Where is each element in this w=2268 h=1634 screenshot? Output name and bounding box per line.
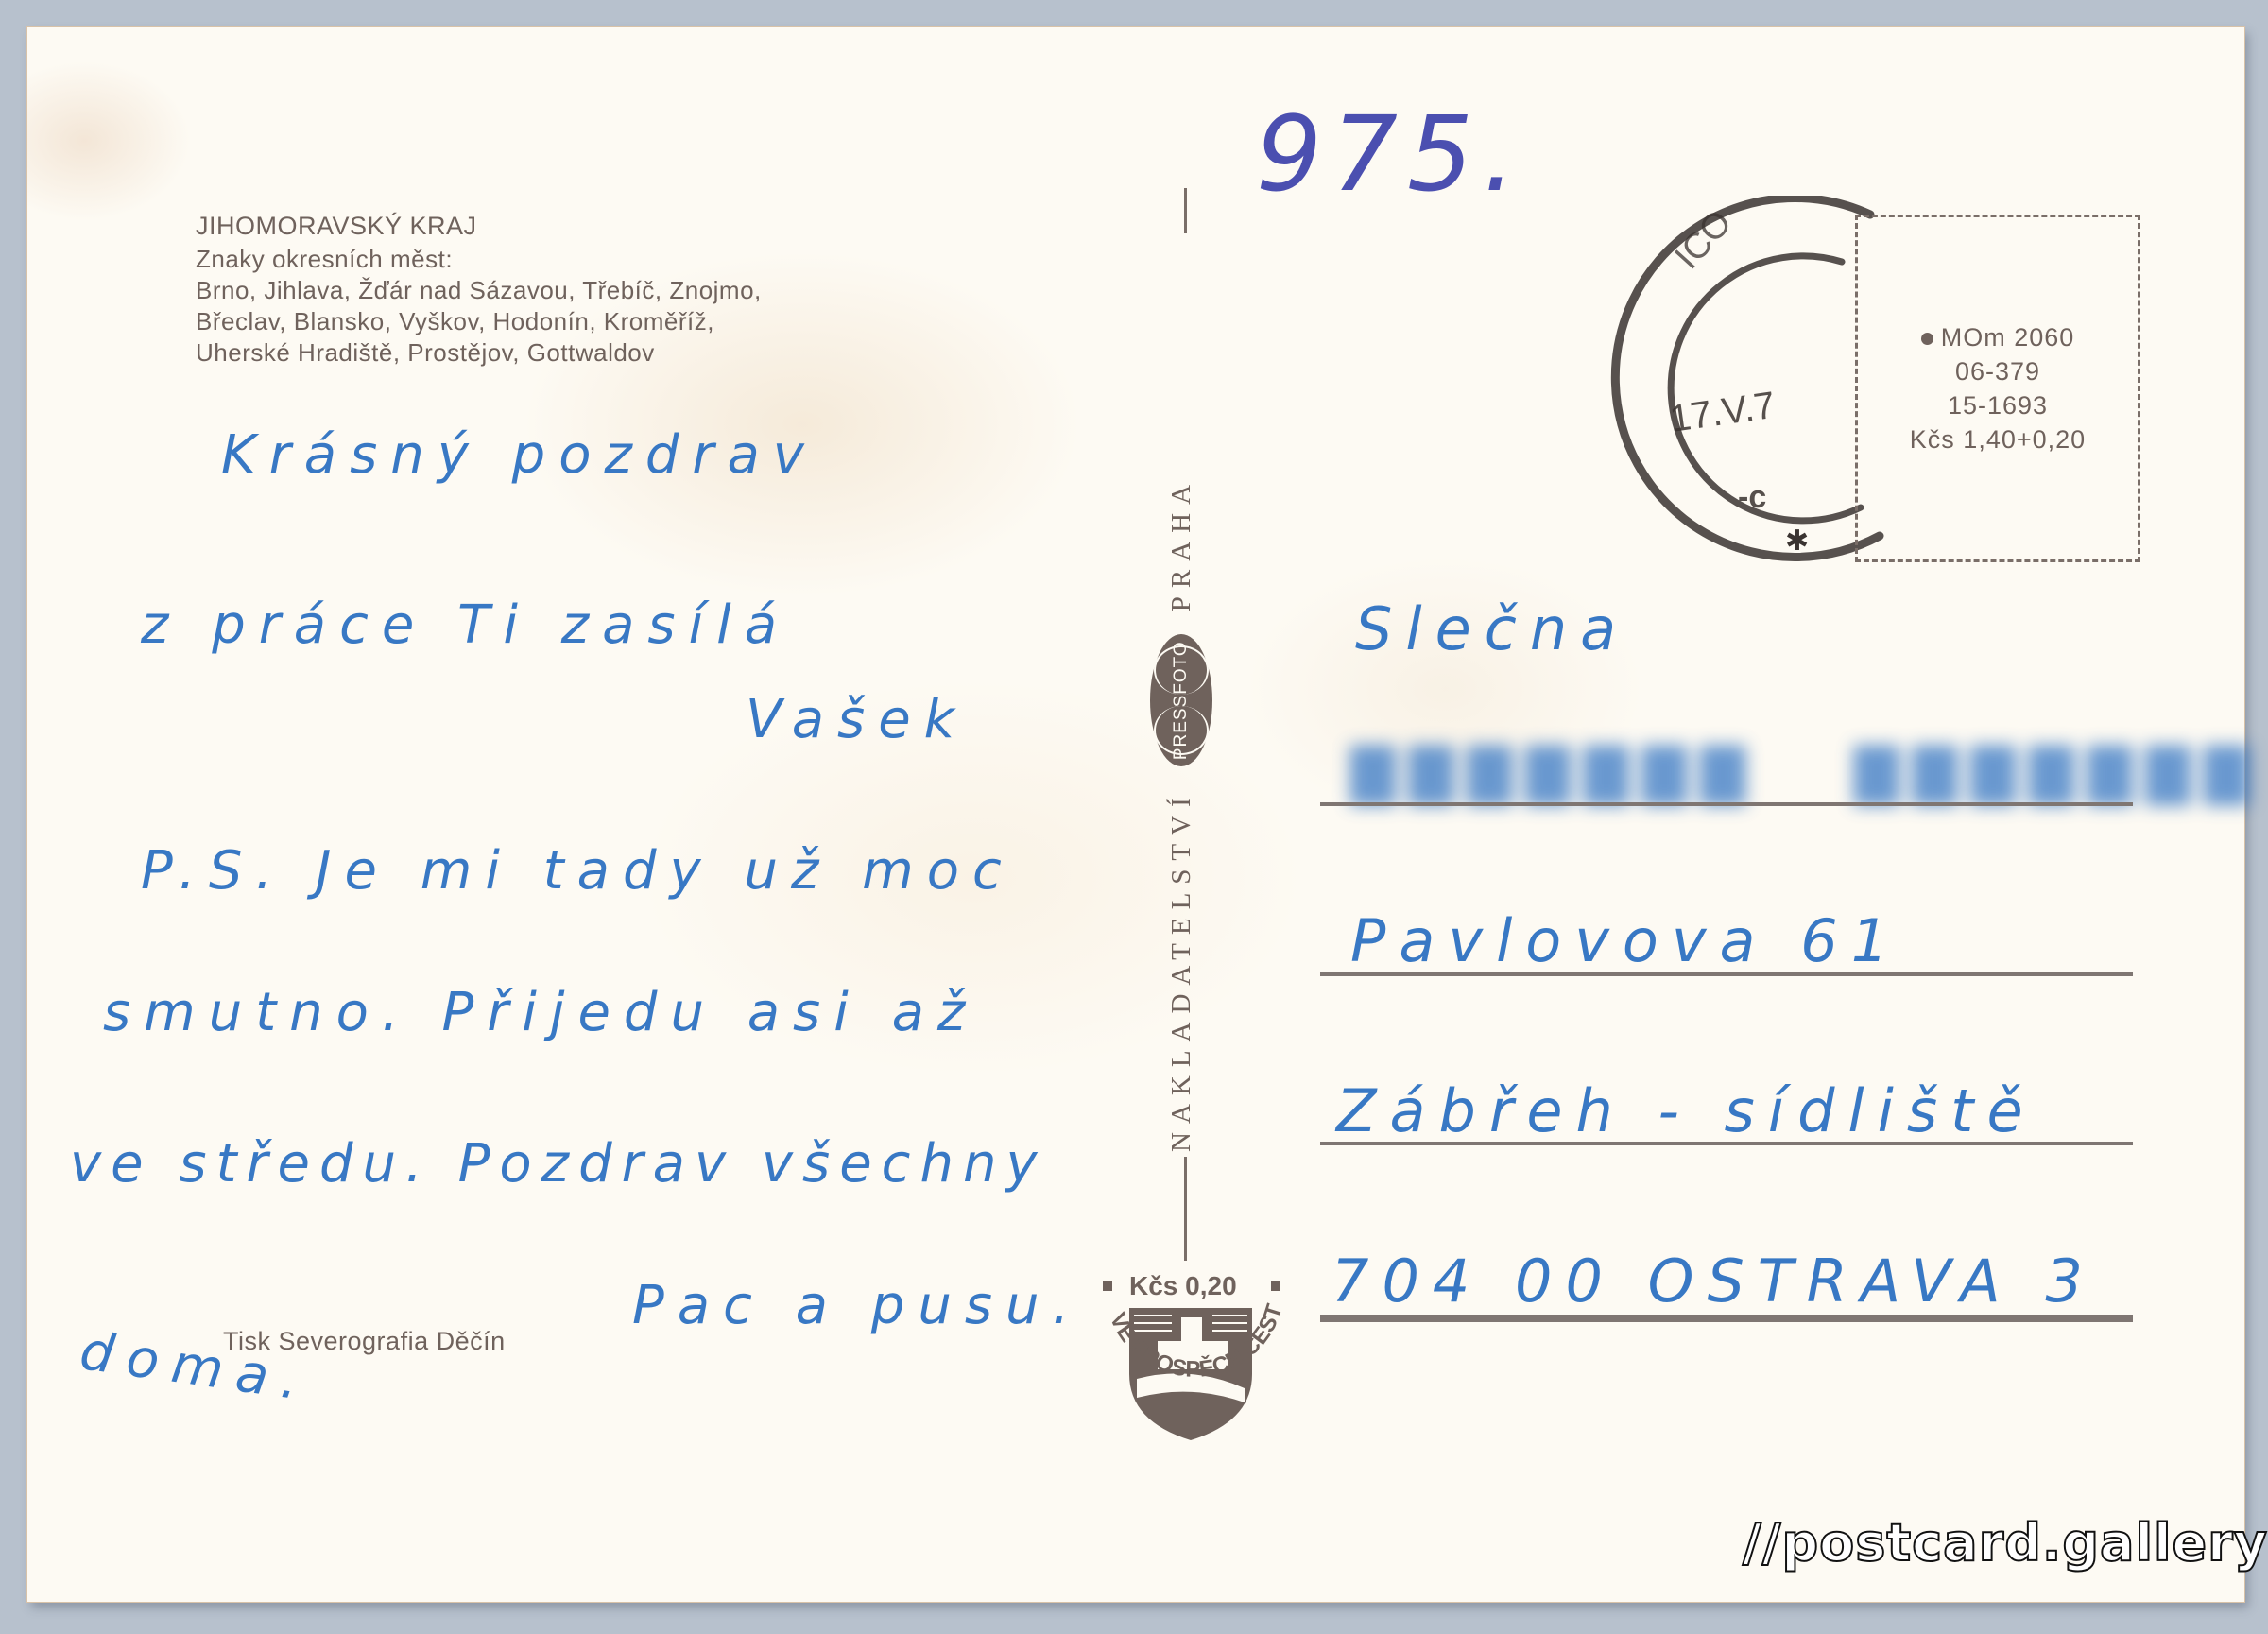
svg-text:-c: -c [1738, 479, 1766, 515]
publisher-left: NAKLADATELSTVÍ [1166, 789, 1197, 1152]
logo-text: PRESSFOTO [1171, 641, 1192, 760]
pressfoto-logo-icon: PRESSFOTO [1150, 634, 1212, 766]
divider-bottom [1184, 1157, 1187, 1261]
stamp-line-2: 06-379 [1955, 354, 2040, 388]
svg-text:Kčs 0,20: Kčs 0,20 [1129, 1271, 1237, 1300]
region-title: JIHOMORAVSKÝ KRAJ [196, 211, 762, 242]
stamp-code: MOm 2060 [1941, 323, 2075, 352]
publisher-right: PRAHA [1166, 476, 1197, 611]
postcard-back: JIHOMORAVSKÝ KRAJ Znaky okresních měst: … [27, 27, 2244, 1602]
stamp-price: Kčs 1,40+0,20 [1910, 422, 2086, 456]
address-salutation: Slečna [1355, 594, 1629, 663]
address-name-redacted: ▇▇▇▇▇▇▇ ▇▇▇▇▇▇▇ [1350, 736, 2262, 805]
printer-imprint: Tisk Severografia Děčín [223, 1327, 506, 1356]
message-line-1: Krásný pozdrav [221, 424, 817, 486]
message-signature: Vašek [746, 689, 968, 750]
cities-line-2: Břeclav, Blansko, Vyškov, Hodonín, Kromě… [196, 306, 762, 337]
cities-line-1: Brno, Jihlava, Žďár nad Sázavou, Třebíč,… [196, 275, 762, 306]
printed-caption: JIHOMORAVSKÝ KRAJ Znaky okresních měst: … [196, 211, 762, 369]
message-line-5: smutno. Přijedu asi až [103, 982, 978, 1043]
message-line-6: ve středu. Pozdrav všechny [70, 1133, 1047, 1195]
address-city: 704 00 OSTRAVA 3 [1332, 1247, 2096, 1316]
bullet-icon [1921, 333, 1933, 345]
stamp-line-3: 15-1693 [1948, 388, 2048, 422]
address-district: Zábřeh - sídliště [1336, 1076, 2036, 1145]
svg-text:17.V.7: 17.V.7 [1667, 385, 1778, 440]
stamp-box: MOm 2060 06-379 15-1693 Kčs 1,40+0,20 [1855, 215, 2140, 562]
address-line-4 [1320, 1315, 2133, 1322]
address-line-1 [1320, 802, 2133, 806]
tourism-stamp-icon: Kčs 0,20 VE PROSPĚCH CESTOVNÍHO RUCHU [1091, 1261, 1304, 1473]
divider-top [1184, 188, 1187, 233]
address-line-2 [1320, 972, 2133, 976]
caption-subtitle: Znaky okresních měst: [196, 244, 762, 275]
handwritten-number: 975. [1256, 94, 1525, 215]
address-street: Pavlovova 61 [1350, 906, 1901, 975]
message-line-2: z práce Ti zasílá [141, 594, 790, 656]
publisher-imprint: NAKLADATELSTVÍ PRESSFOTO PRAHA [1150, 476, 1212, 1152]
cities-line-3: Uherské Hradiště, Prostějov, Gottwaldov [196, 337, 762, 369]
address-line-3 [1320, 1142, 2133, 1145]
message-line-4: P.S. Je mi tady už moc [141, 840, 1015, 902]
message-line-7: Pac a pusu. [632, 1275, 1082, 1336]
svg-text:✱: ✱ [1785, 525, 1809, 558]
watermark: //postcard.gallery [1743, 1513, 2268, 1573]
